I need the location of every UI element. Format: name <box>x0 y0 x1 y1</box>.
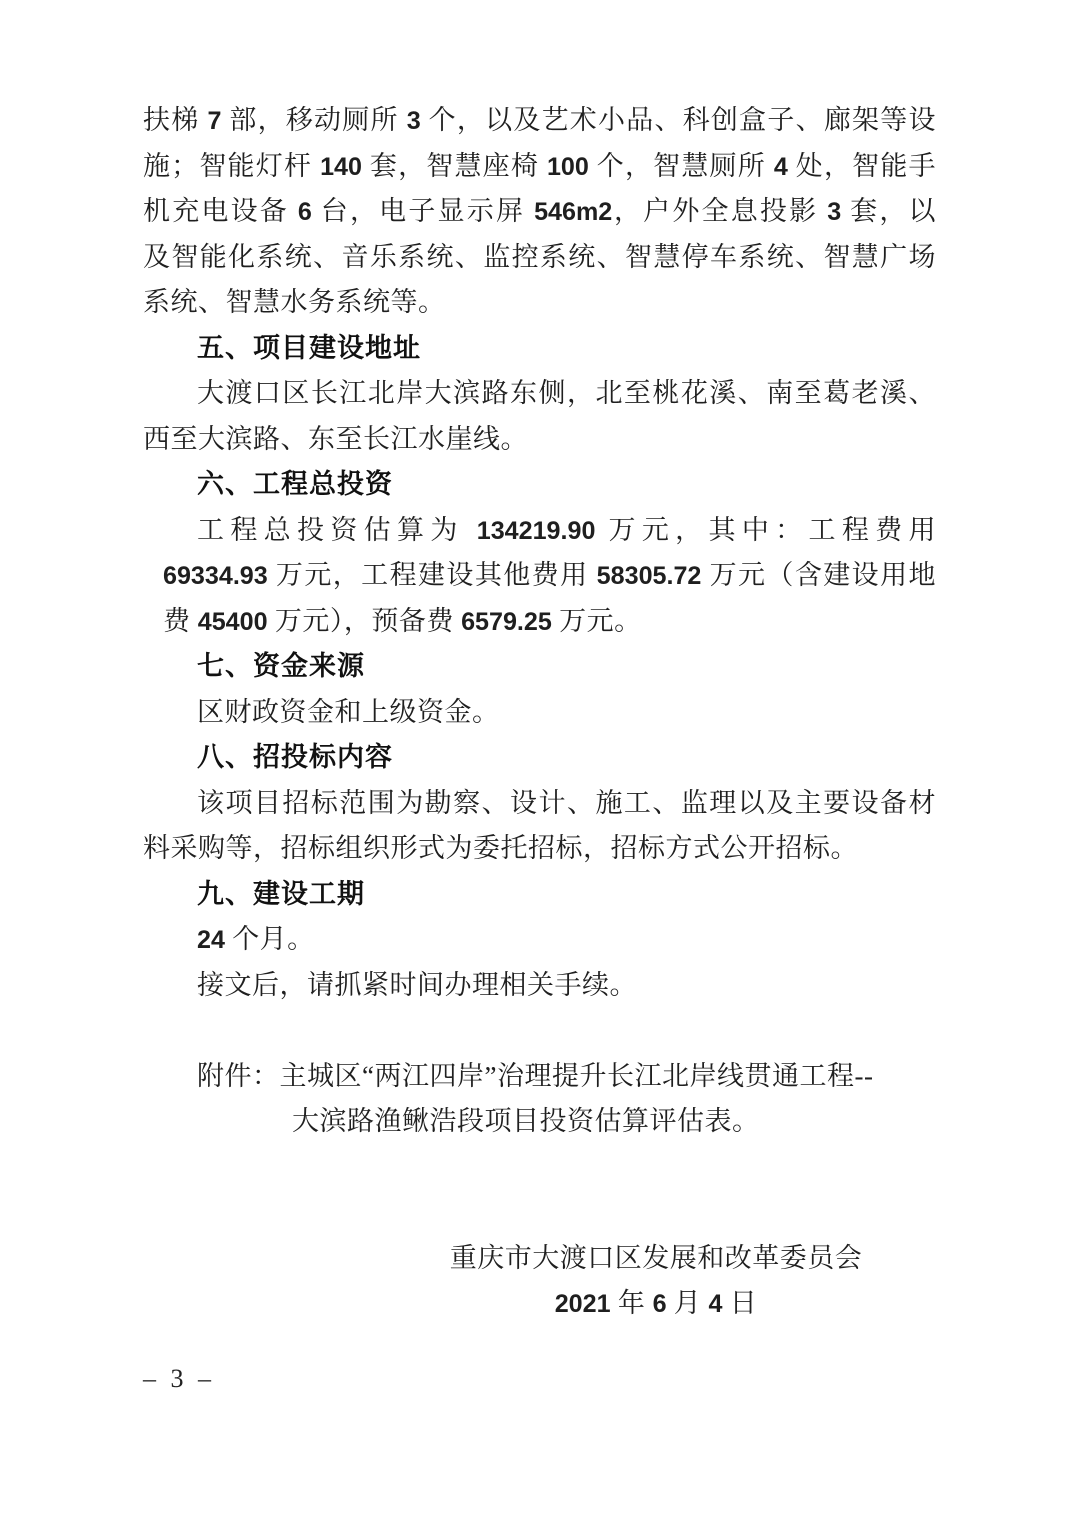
attachment-line: 附件：主城区“两江四岸”治理提升长江北岸线贯通工程-- <box>143 1054 936 1100</box>
body-line: 西至大滨路、东至长江水崖线。 <box>143 417 936 463</box>
body-line: 24 个月。 <box>143 917 936 963</box>
section-heading-9: 九、建设工期 <box>143 872 936 918</box>
blank-line <box>143 1008 936 1054</box>
body-line: 施；智能灯杆 140 套，智慧座椅 100 个，智慧厕所 4 处，智能手 <box>143 144 936 190</box>
body-line: 工程总投资估算为 134219.90 万元，其中：工程费用 <box>143 508 936 554</box>
body-line: 扶梯 7 部，移动厕所 3 个，以及艺术小品、科创盒子、廊架等设 <box>143 98 936 144</box>
body-line: 费 45400 万元），预备费 6579.25 万元。 <box>143 599 936 645</box>
signature-block: 重庆市大渡口区发展和改革委员会 2021 年 6 月 4 日 <box>396 1236 916 1327</box>
body-line: 系统、智慧水务系统等。 <box>143 280 936 326</box>
body-line: 大渡口区长江北岸大滨路东侧，北至桃花溪、南至葛老溪、 <box>143 371 936 417</box>
page-number: – 3 – <box>143 1364 215 1394</box>
attachment-line: 大滨路渔鳅浩段项目投资估算评估表。 <box>143 1099 936 1145</box>
body-line: 料采购等，招标组织形式为委托招标，招标方式公开招标。 <box>143 826 936 872</box>
body-line: 该项目招标范围为勘察、设计、施工、监理以及主要设备材 <box>143 781 936 827</box>
body-line: 区财政资金和上级资金。 <box>143 690 936 736</box>
blank-line <box>143 1145 936 1191</box>
document-page: { "content": { "continued_paragraph": { … <box>0 0 1074 1520</box>
document-body: 扶梯 7 部，移动厕所 3 个，以及艺术小品、科创盒子、廊架等设 施；智能灯杆 … <box>143 98 936 1327</box>
section-heading-8: 八、招投标内容 <box>143 735 936 781</box>
section-heading-5: 五、项目建设地址 <box>143 326 936 372</box>
body-line: 69334.93 万元，工程建设其他费用 58305.72 万元（含建设用地 <box>143 553 936 599</box>
body-line: 接文后，请抓紧时间办理相关手续。 <box>143 963 936 1009</box>
section-heading-6: 六、工程总投资 <box>143 462 936 508</box>
issuer-name: 重庆市大渡口区发展和改革委员会 <box>396 1236 916 1282</box>
blank-line <box>143 1190 936 1236</box>
issue-date: 2021 年 6 月 4 日 <box>396 1281 916 1327</box>
section-heading-7: 七、资金来源 <box>143 644 936 690</box>
body-line: 机充电设备 6 台，电子显示屏 546m2，户外全息投影 3 套，以 <box>143 189 936 235</box>
body-line: 及智能化系统、音乐系统、监控系统、智慧停车系统、智慧广场 <box>143 235 936 281</box>
